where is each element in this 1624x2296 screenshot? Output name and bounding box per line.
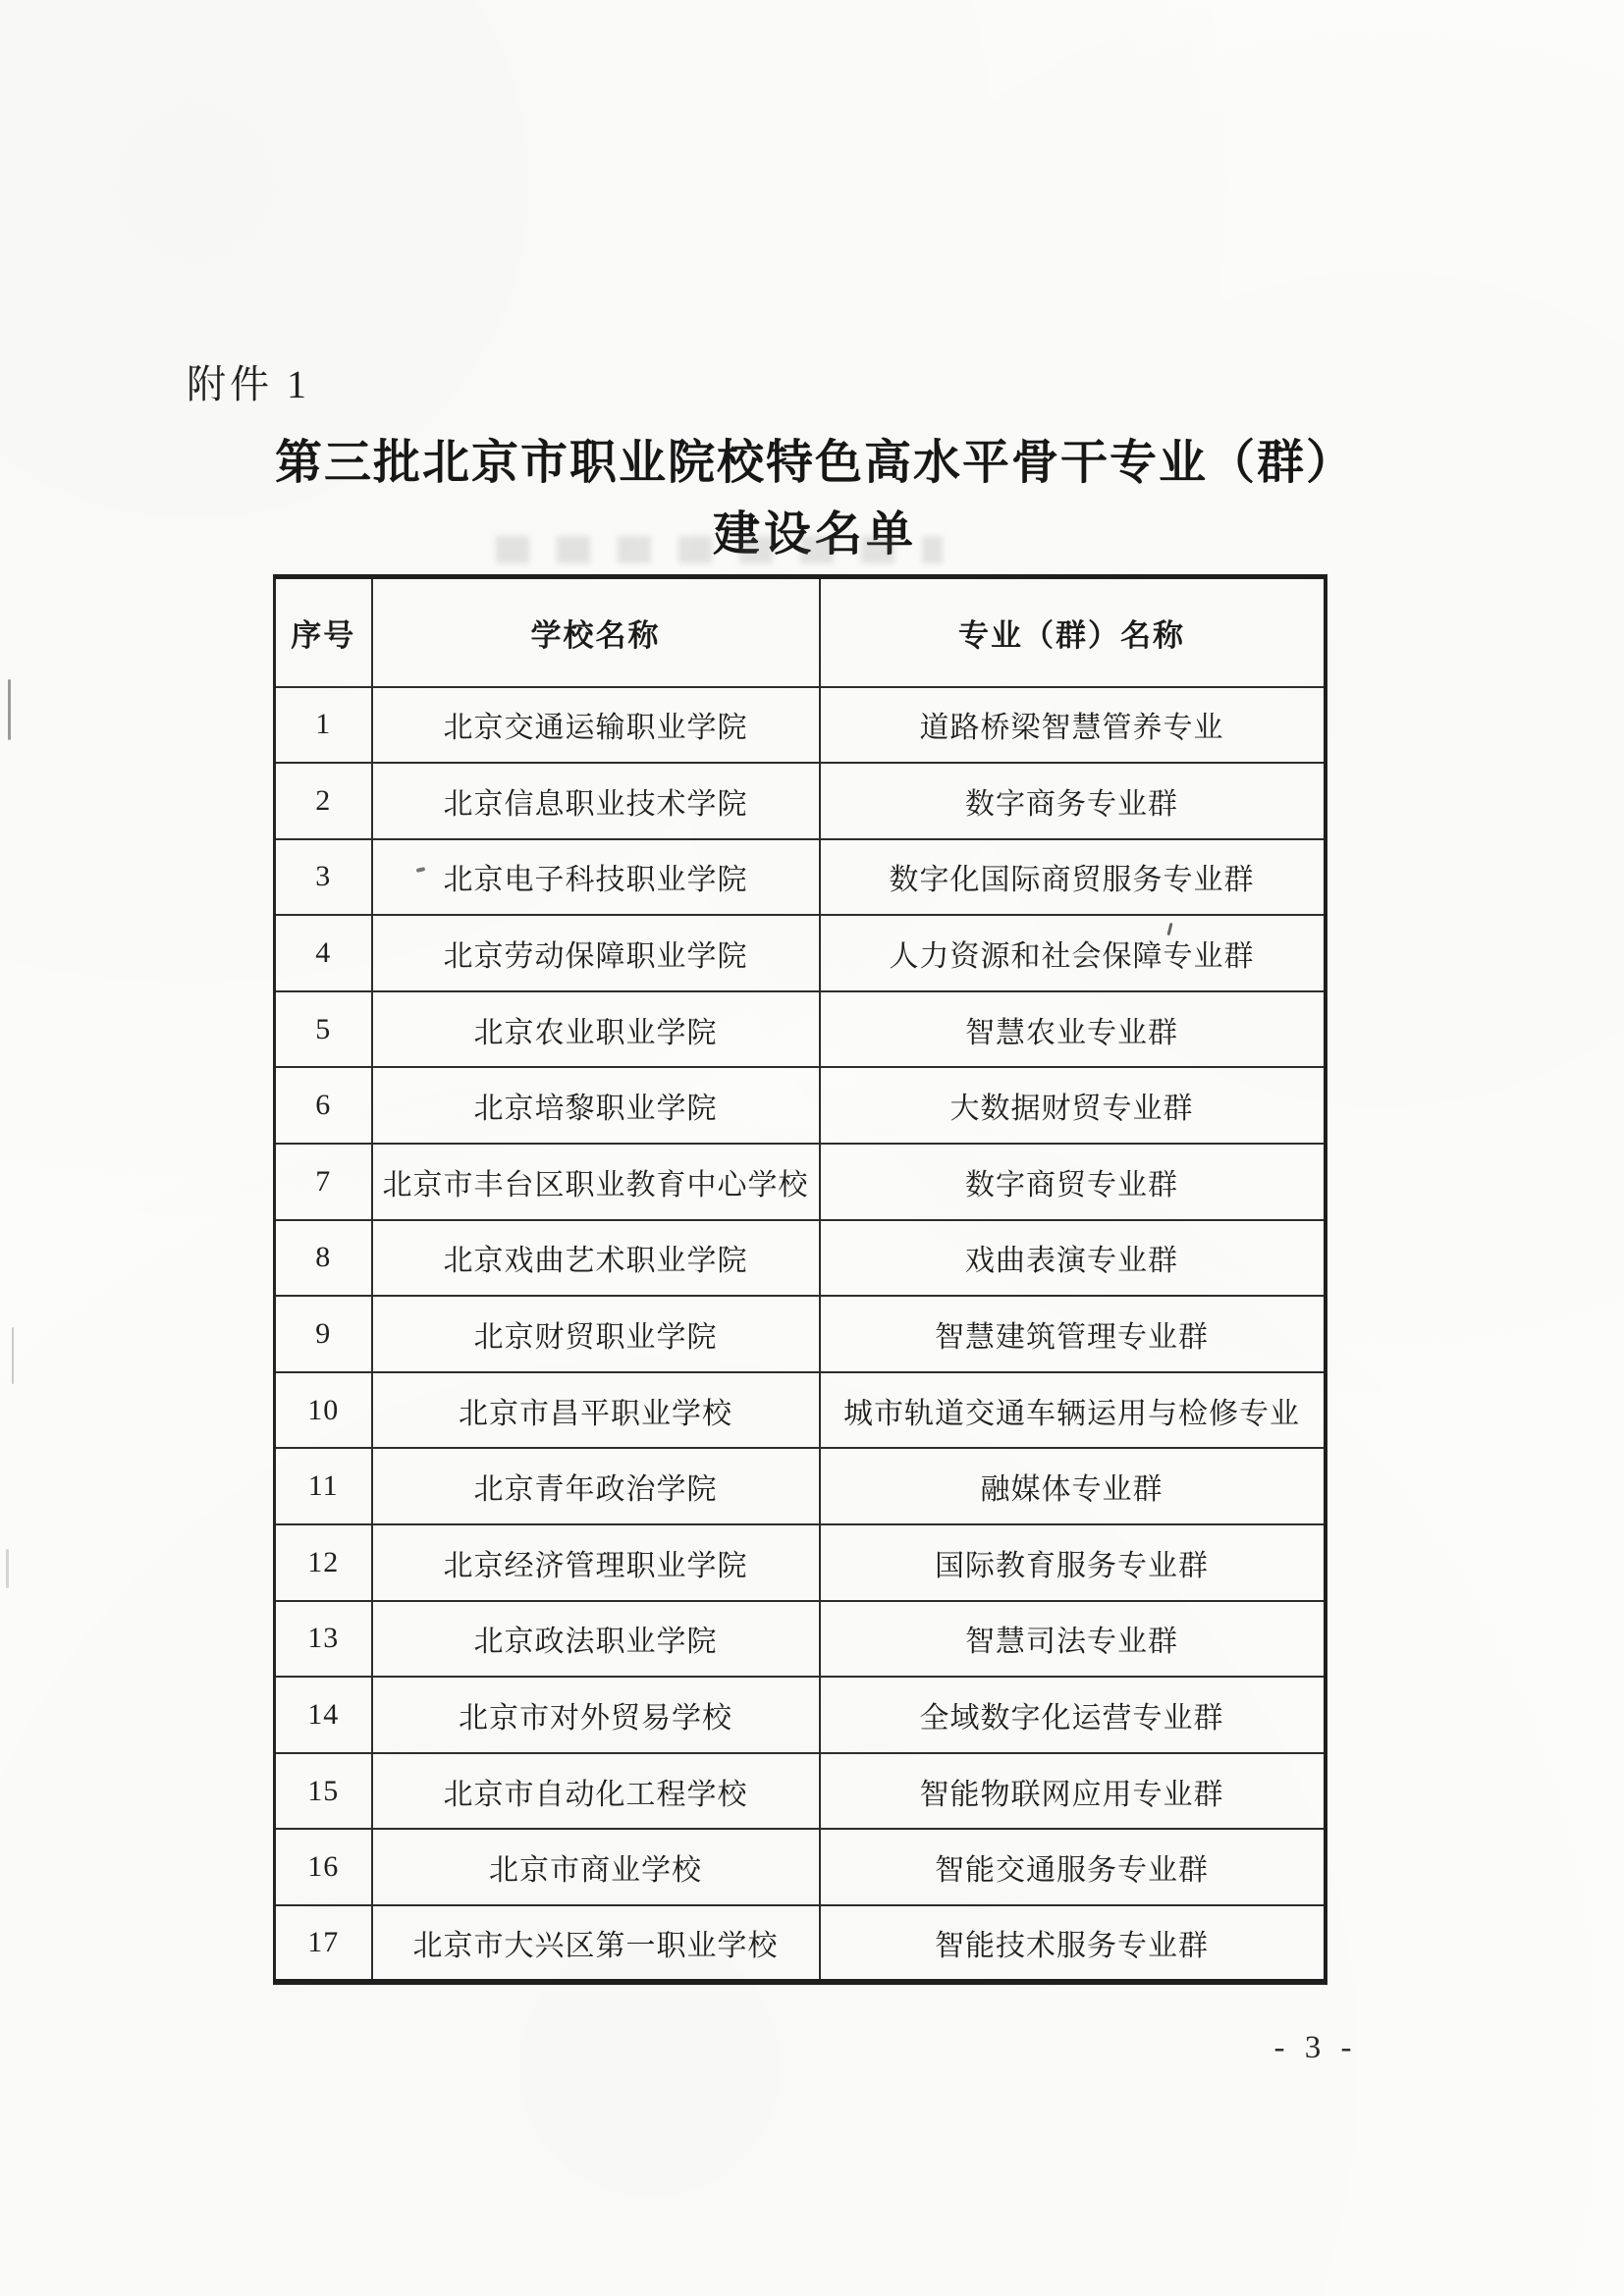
major-name: 国际教育服务专业群 bbox=[820, 1524, 1326, 1601]
row-number: 5 bbox=[275, 991, 372, 1068]
major-name: 道路桥梁智慧管养专业 bbox=[820, 687, 1326, 764]
school-name: 北京培黎职业学院 bbox=[372, 1067, 820, 1144]
schools-table: 序号 学校名称 专业（群）名称 1 北京交通运输职业学院 道路桥梁智慧管养专业 … bbox=[273, 574, 1327, 1985]
table-row: 7 北京市丰台区职业教育中心学校 数字商贸专业群 bbox=[275, 1144, 1326, 1220]
table-row: 10 北京市昌平职业学校 城市轨道交通车辆运用与检修专业 bbox=[275, 1372, 1326, 1449]
table-row: 14 北京市对外贸易学校 全域数字化运营专业群 bbox=[275, 1677, 1326, 1753]
row-number: 15 bbox=[275, 1753, 372, 1830]
attachment-label: 附件 1 bbox=[187, 353, 310, 409]
table-row: 8 北京戏曲艺术职业学院 戏曲表演专业群 bbox=[275, 1220, 1326, 1297]
major-name: 数字商务专业群 bbox=[820, 763, 1326, 839]
table-row: 4 北京劳动保障职业学院 人力资源和社会保障专业群 bbox=[275, 915, 1326, 991]
school-name: 北京市昌平职业学校 bbox=[372, 1372, 820, 1449]
table-row: 3 北京电子科技职业学院 数字化国际商贸服务专业群 bbox=[275, 839, 1326, 916]
major-name: 智能交通服务专业群 bbox=[820, 1829, 1326, 1905]
table-body: 1 北京交通运输职业学院 道路桥梁智慧管养专业 2 北京信息职业技术学院 数字商… bbox=[275, 687, 1326, 1982]
table-row: 5 北京农业职业学院 智慧农业专业群 bbox=[275, 991, 1326, 1068]
major-name: 人力资源和社会保障专业群 bbox=[820, 915, 1326, 991]
document-title: 第三批北京市职业院校特色高水平骨干专业（群） 建设名单 bbox=[236, 438, 1394, 561]
school-name: 北京农业职业学院 bbox=[372, 991, 820, 1068]
row-number: 17 bbox=[275, 1905, 372, 1982]
major-name: 数字商贸专业群 bbox=[820, 1144, 1326, 1220]
table-header-row: 序号 学校名称 专业（群）名称 bbox=[275, 577, 1326, 687]
row-number: 3 bbox=[275, 839, 372, 916]
school-name: 北京劳动保障职业学院 bbox=[372, 915, 820, 991]
document-title-line1: 第三批北京市职业院校特色高水平骨干专业（群） bbox=[236, 438, 1394, 490]
row-number: 2 bbox=[275, 763, 372, 839]
major-name: 大数据财贸专业群 bbox=[820, 1067, 1326, 1144]
school-name: 北京经济管理职业学院 bbox=[372, 1524, 820, 1601]
school-name: 北京财贸职业学院 bbox=[372, 1296, 820, 1372]
major-name: 智慧司法专业群 bbox=[820, 1601, 1326, 1678]
header-cell-school: 学校名称 bbox=[372, 577, 820, 687]
table-row: 6 北京培黎职业学院 大数据财贸专业群 bbox=[275, 1067, 1326, 1144]
row-number: 14 bbox=[275, 1677, 372, 1753]
table-header: 序号 学校名称 专业（群）名称 bbox=[275, 577, 1326, 687]
school-name: 北京市自动化工程学校 bbox=[372, 1753, 820, 1830]
major-name: 城市轨道交通车辆运用与检修专业 bbox=[820, 1372, 1326, 1449]
major-name: 戏曲表演专业群 bbox=[820, 1220, 1326, 1297]
major-name: 融媒体专业群 bbox=[820, 1448, 1326, 1524]
scan-artifact-edge-mark bbox=[12, 1327, 14, 1384]
major-name: 智能物联网应用专业群 bbox=[820, 1753, 1326, 1830]
school-name: 北京交通运输职业学院 bbox=[372, 687, 820, 764]
table-row: 12 北京经济管理职业学院 国际教育服务专业群 bbox=[275, 1524, 1326, 1601]
row-number: 12 bbox=[275, 1524, 372, 1601]
row-number: 11 bbox=[275, 1448, 372, 1524]
school-name: 北京信息职业技术学院 bbox=[372, 763, 820, 839]
school-name: 北京市大兴区第一职业学校 bbox=[372, 1905, 820, 1982]
table-row: 17 北京市大兴区第一职业学校 智能技术服务专业群 bbox=[275, 1905, 1326, 1982]
row-number: 16 bbox=[275, 1829, 372, 1905]
table-row: 15 北京市自动化工程学校 智能物联网应用专业群 bbox=[275, 1753, 1326, 1830]
row-number: 13 bbox=[275, 1601, 372, 1678]
table-row: 16 北京市商业学校 智能交通服务专业群 bbox=[275, 1829, 1326, 1905]
table-row: 9 北京财贸职业学院 智慧建筑管理专业群 bbox=[275, 1296, 1326, 1372]
table-row: 11 北京青年政治学院 融媒体专业群 bbox=[275, 1448, 1326, 1524]
row-number: 7 bbox=[275, 1144, 372, 1220]
major-name: 数字化国际商贸服务专业群 bbox=[820, 839, 1326, 916]
major-name: 智慧农业专业群 bbox=[820, 991, 1326, 1068]
row-number: 10 bbox=[275, 1372, 372, 1449]
table-row: 13 北京政法职业学院 智慧司法专业群 bbox=[275, 1601, 1326, 1678]
header-cell-index: 序号 bbox=[275, 577, 372, 687]
row-number: 9 bbox=[275, 1296, 372, 1372]
school-name: 北京青年政治学院 bbox=[372, 1448, 820, 1524]
school-name: 北京市商业学校 bbox=[372, 1829, 820, 1905]
school-name: 北京市丰台区职业教育中心学校 bbox=[372, 1144, 820, 1220]
school-name: 北京政法职业学院 bbox=[372, 1601, 820, 1678]
school-name: 北京市对外贸易学校 bbox=[372, 1677, 820, 1753]
row-number: 6 bbox=[275, 1067, 372, 1144]
major-name: 智能技术服务专业群 bbox=[820, 1905, 1326, 1982]
school-name: 北京电子科技职业学院 bbox=[372, 839, 820, 916]
row-number: 1 bbox=[275, 687, 372, 764]
table-row: 1 北京交通运输职业学院 道路桥梁智慧管养专业 bbox=[275, 687, 1326, 764]
document-page: 附件 1 第三批北京市职业院校特色高水平骨干专业（群） 建设名单 序号 学校名称… bbox=[0, 0, 1624, 2296]
row-number: 4 bbox=[275, 915, 372, 991]
document-title-line2: 建设名单 bbox=[236, 509, 1394, 561]
page-number: - 3 - bbox=[1218, 2030, 1414, 2066]
scan-artifact-edge-mark bbox=[6, 1549, 9, 1588]
school-name: 北京戏曲艺术职业学院 bbox=[372, 1220, 820, 1297]
row-number: 8 bbox=[275, 1220, 372, 1297]
table-row: 2 北京信息职业技术学院 数字商务专业群 bbox=[275, 763, 1326, 839]
header-cell-major: 专业（群）名称 bbox=[820, 577, 1326, 687]
major-name: 全域数字化运营专业群 bbox=[820, 1677, 1326, 1753]
major-name: 智慧建筑管理专业群 bbox=[820, 1296, 1326, 1372]
scan-artifact-edge-mark bbox=[8, 679, 11, 740]
